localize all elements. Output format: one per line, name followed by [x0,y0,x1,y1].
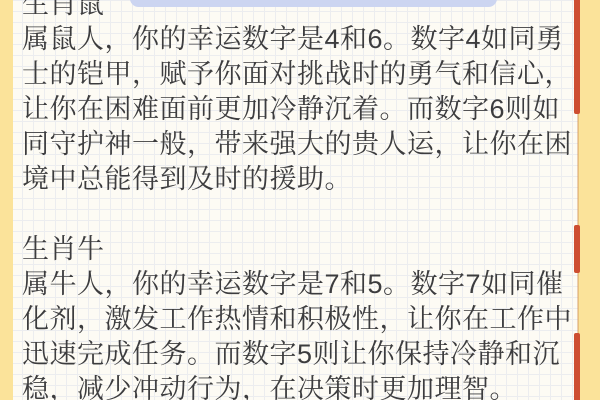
section-ox: 生肖牛 属牛人，你的幸运数字是7和5。数字7如同催 化剂，激发工作热情和积极性，… [22,232,578,400]
text-line: 迅速完成任务。而数字5则让你保持冷静和沉 [22,337,578,372]
text-line: 属牛人，你的幸运数字是7和5。数字7如同催 [22,267,578,302]
text-line: 士的铠甲，赋予你面对挑战时的勇气和信心， [22,57,578,92]
red-ribbon-middle [574,225,580,273]
article-page: 生肖鼠 属鼠人，你的幸运数字是4和6。数字4如同勇 士的铠甲，赋予你面对挑战时的… [0,0,600,400]
section-rat: 生肖鼠 属鼠人，你的幸运数字是4和6。数字4如同勇 士的铠甲，赋予你面对挑战时的… [22,0,578,197]
text-line: 稳，减少冲动行为，在决策时更加理智。 [22,372,578,400]
text-line: 属鼠人，你的幸运数字是4和6。数字4如同勇 [22,22,578,57]
section-heading: 生肖牛 [22,232,578,267]
left-margin-bar [0,0,13,400]
red-ribbon-top [574,0,580,114]
highlight-bar [130,0,497,7]
text-line: 化剂，激发工作热情和积极性，让你在工作中 [22,302,578,337]
text-line: 让你在困难面前更加冷静沉着。而数字6则如 [22,92,578,127]
text-line: 境中总能得到及时的援助。 [22,162,578,197]
text-line: 同守护神一般，带来强大的贵人运，让你在困 [22,127,578,162]
red-ribbon-bottom [574,333,580,400]
right-margin-bar [578,0,600,400]
